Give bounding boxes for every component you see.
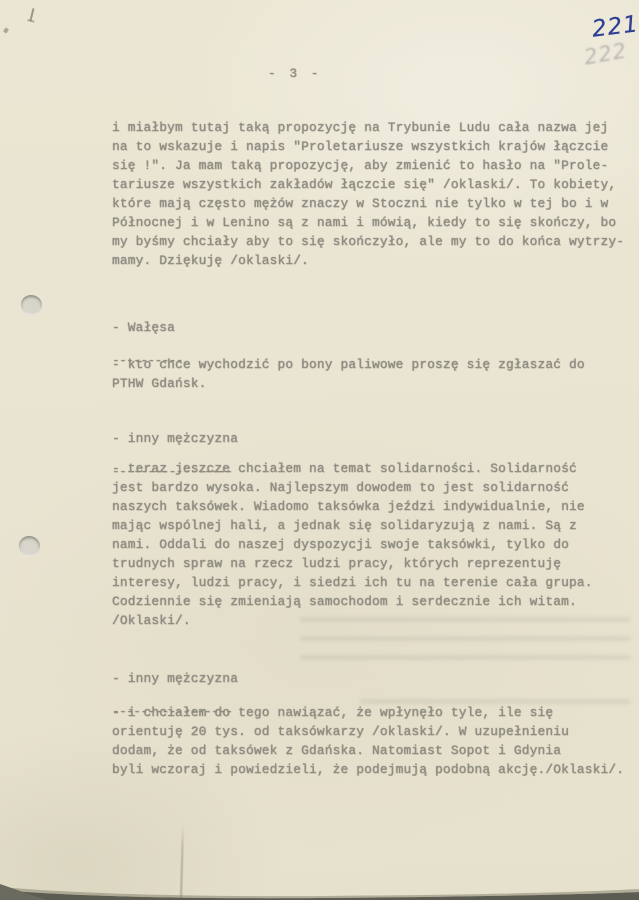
speaker-name: - inny mężczyzna: [112, 669, 632, 688]
hole-punch-bottom: [19, 536, 40, 556]
handwritten-page-number: 221: [591, 11, 639, 43]
hole-punch-top: [21, 295, 42, 315]
pencil-speck-mark: [3, 27, 9, 33]
paragraph-speech-2: - kto chce wychodzić po bony paliwowe pr…: [112, 355, 632, 393]
paragraph-speech-4: - i chciałem do tego nawiązać, że wpłynę…: [112, 703, 632, 779]
scanned-typewritten-page: 221 222 - 3 - i miałbym tutaj taką propo…: [0, 0, 639, 900]
page-number: - 3 -: [268, 64, 321, 83]
speaker-name: - inny mężczyzna: [112, 429, 632, 448]
pencil-tick-mark: [29, 8, 34, 21]
handwritten-ghost-number: 222: [582, 38, 629, 69]
paragraph-speech-1: i miałbym tutaj taką propozycję na Trybu…: [112, 118, 632, 270]
paper-bottom-edge: [0, 876, 639, 900]
paragraph-speech-3: - teraz jeszcze chciałem na temat solida…: [112, 459, 632, 630]
speaker-name: - Wałęsa: [112, 318, 632, 337]
